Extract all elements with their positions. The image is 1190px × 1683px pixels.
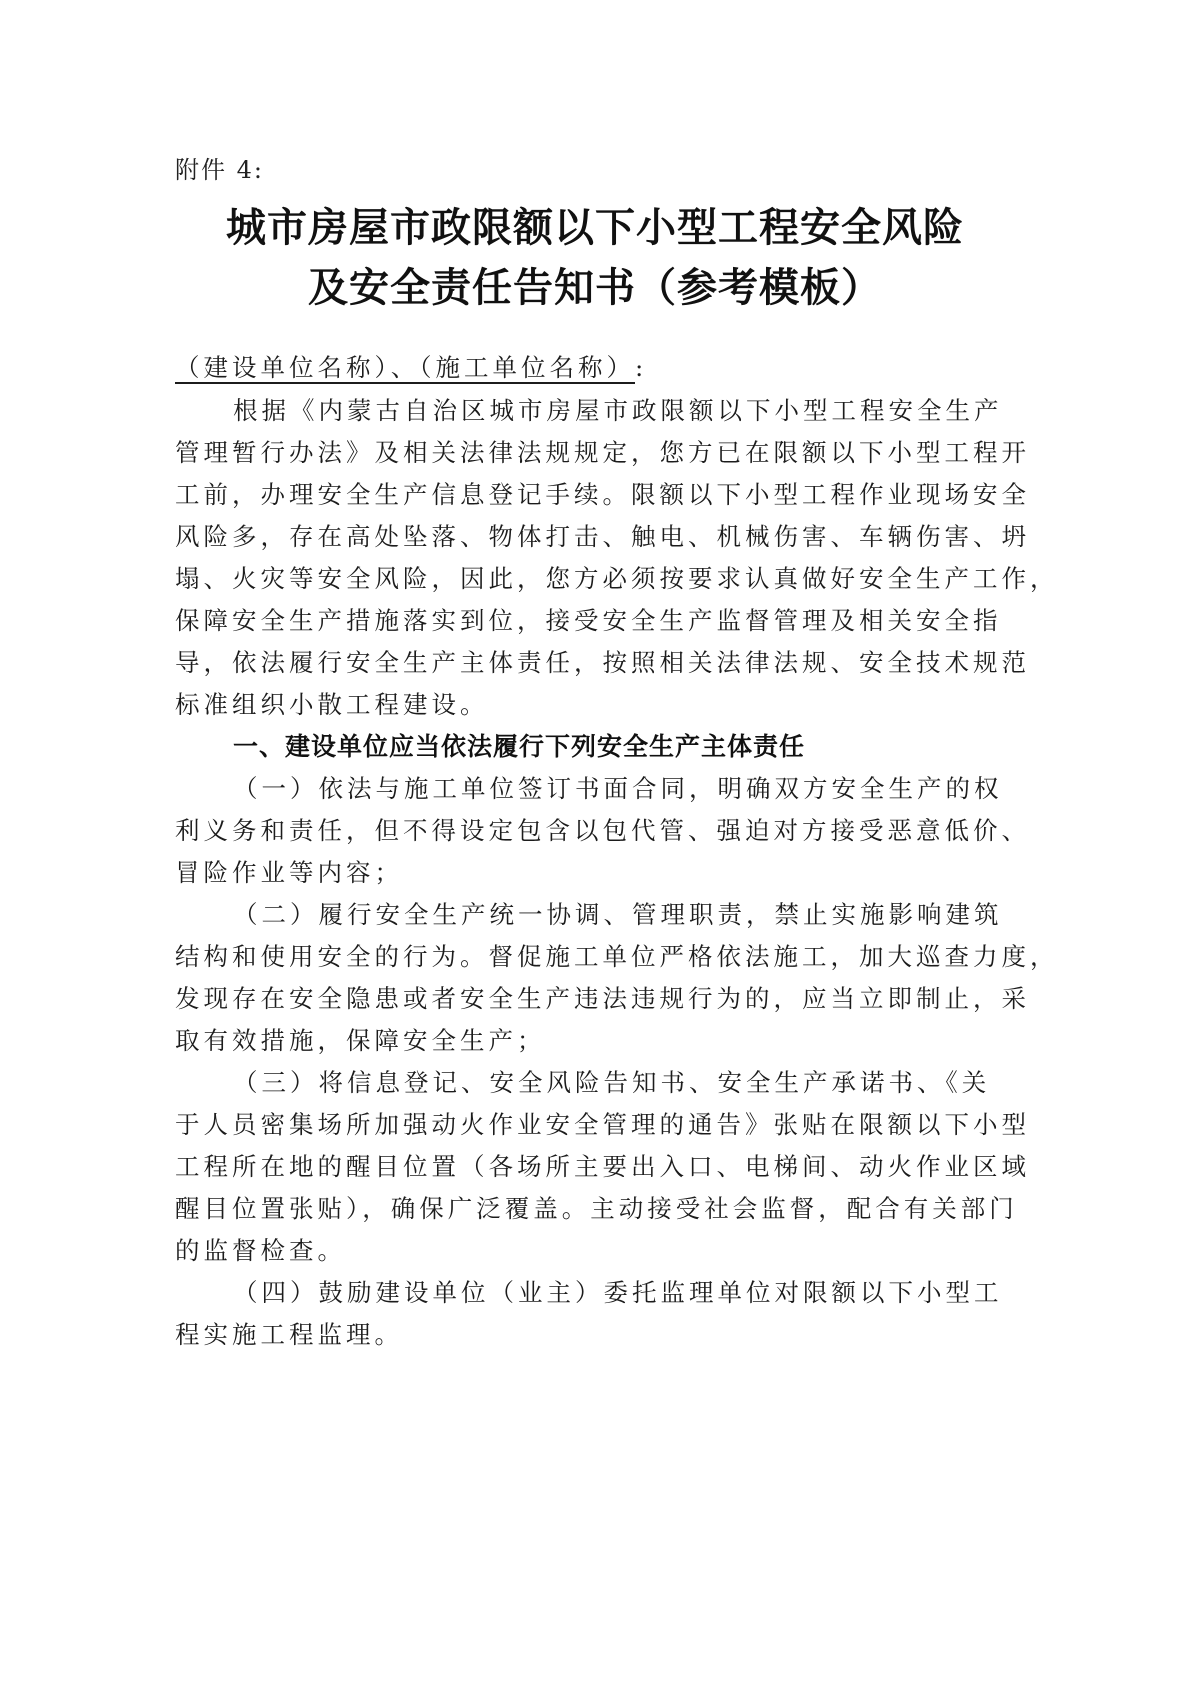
paragraph-line: 根据《内蒙古自治区城市房屋市政限额以下小型工程安全生产	[175, 396, 1073, 426]
paragraph-line: 发现存在安全隐患或者安全生产违法违规行为的，应当立即制止，采	[175, 984, 1015, 1014]
addressee-placeholder: （建设单位名称）、（施工单位名称）	[175, 353, 635, 382]
paragraph-line: 管理暂行办法》及相关法律法规规定，您方已在限额以下小型工程开	[175, 438, 1015, 468]
paragraph-line: 程实施工程监理。	[175, 1320, 1015, 1350]
paragraph-line: （四）鼓励建设单位（业主）委托监理单位对限额以下小型工	[175, 1278, 1073, 1308]
paragraph-line: 的监督检查。	[175, 1236, 1015, 1266]
paragraph-line: 工程所在地的醒目位置（各场所主要出入口、电梯间、动火作业区域	[175, 1152, 1015, 1182]
paragraph-line: 工前，办理安全生产信息登记手续。限额以下小型工程作业现场安全	[175, 480, 1015, 510]
paragraph-line: 结构和使用安全的行为。督促施工单位严格依法施工，加大巡查力度，	[175, 942, 1015, 972]
document-title-line-1: 城市房屋市政限额以下小型工程安全风险	[0, 196, 1190, 253]
paragraph-line: 于人员密集场所加强动火作业安全管理的通告》张贴在限额以下小型	[175, 1110, 1015, 1140]
document-title-line-2: 及安全责任告知书（参考模板）	[0, 256, 1190, 313]
paragraph-line: 风险多，存在高处坠落、物体打击、触电、机械伤害、车辆伤害、坍	[175, 522, 1015, 552]
paragraph-line: 塌、火灾等安全风险，因此，您方必须按要求认真做好安全生产工作，	[175, 564, 1015, 594]
attachment-label: 附件 4:	[175, 150, 264, 185]
paragraph-line: （三）将信息登记、安全风险告知书、安全生产承诺书、《关	[175, 1068, 1073, 1098]
addressee-colon: :	[635, 353, 647, 382]
paragraph-line: 取有效措施，保障安全生产；	[175, 1026, 1015, 1056]
document-page: 附件 4: 城市房屋市政限额以下小型工程安全风险 及安全责任告知书（参考模板） …	[0, 0, 1190, 1683]
paragraph-line: 冒险作业等内容；	[175, 858, 1015, 888]
addressee-line: （建设单位名称）、（施工单位名称）:	[175, 353, 1015, 383]
paragraph-line: （二）履行安全生产统一协调、管理职责，禁止实施影响建筑	[175, 900, 1073, 930]
paragraph-line: 保障安全生产措施落实到位，接受安全生产监督管理及相关安全指	[175, 606, 1015, 636]
paragraph-line: 标准组织小散工程建设。	[175, 690, 1015, 720]
paragraph-line: 利义务和责任，但不得设定包含以包代管、强迫对方接受恶意低价、	[175, 816, 1015, 846]
paragraph-line: 醒目位置张贴），确保广泛覆盖。主动接受社会监督，配合有关部门	[175, 1194, 1015, 1224]
paragraph-line: （一）依法与施工单位签订书面合同，明确双方安全生产的权	[175, 774, 1073, 804]
section-heading: 一、建设单位应当依法履行下列安全生产主体责任	[175, 732, 1073, 762]
paragraph-line: 导，依法履行安全生产主体责任，按照相关法律法规、安全技术规范	[175, 648, 1015, 678]
